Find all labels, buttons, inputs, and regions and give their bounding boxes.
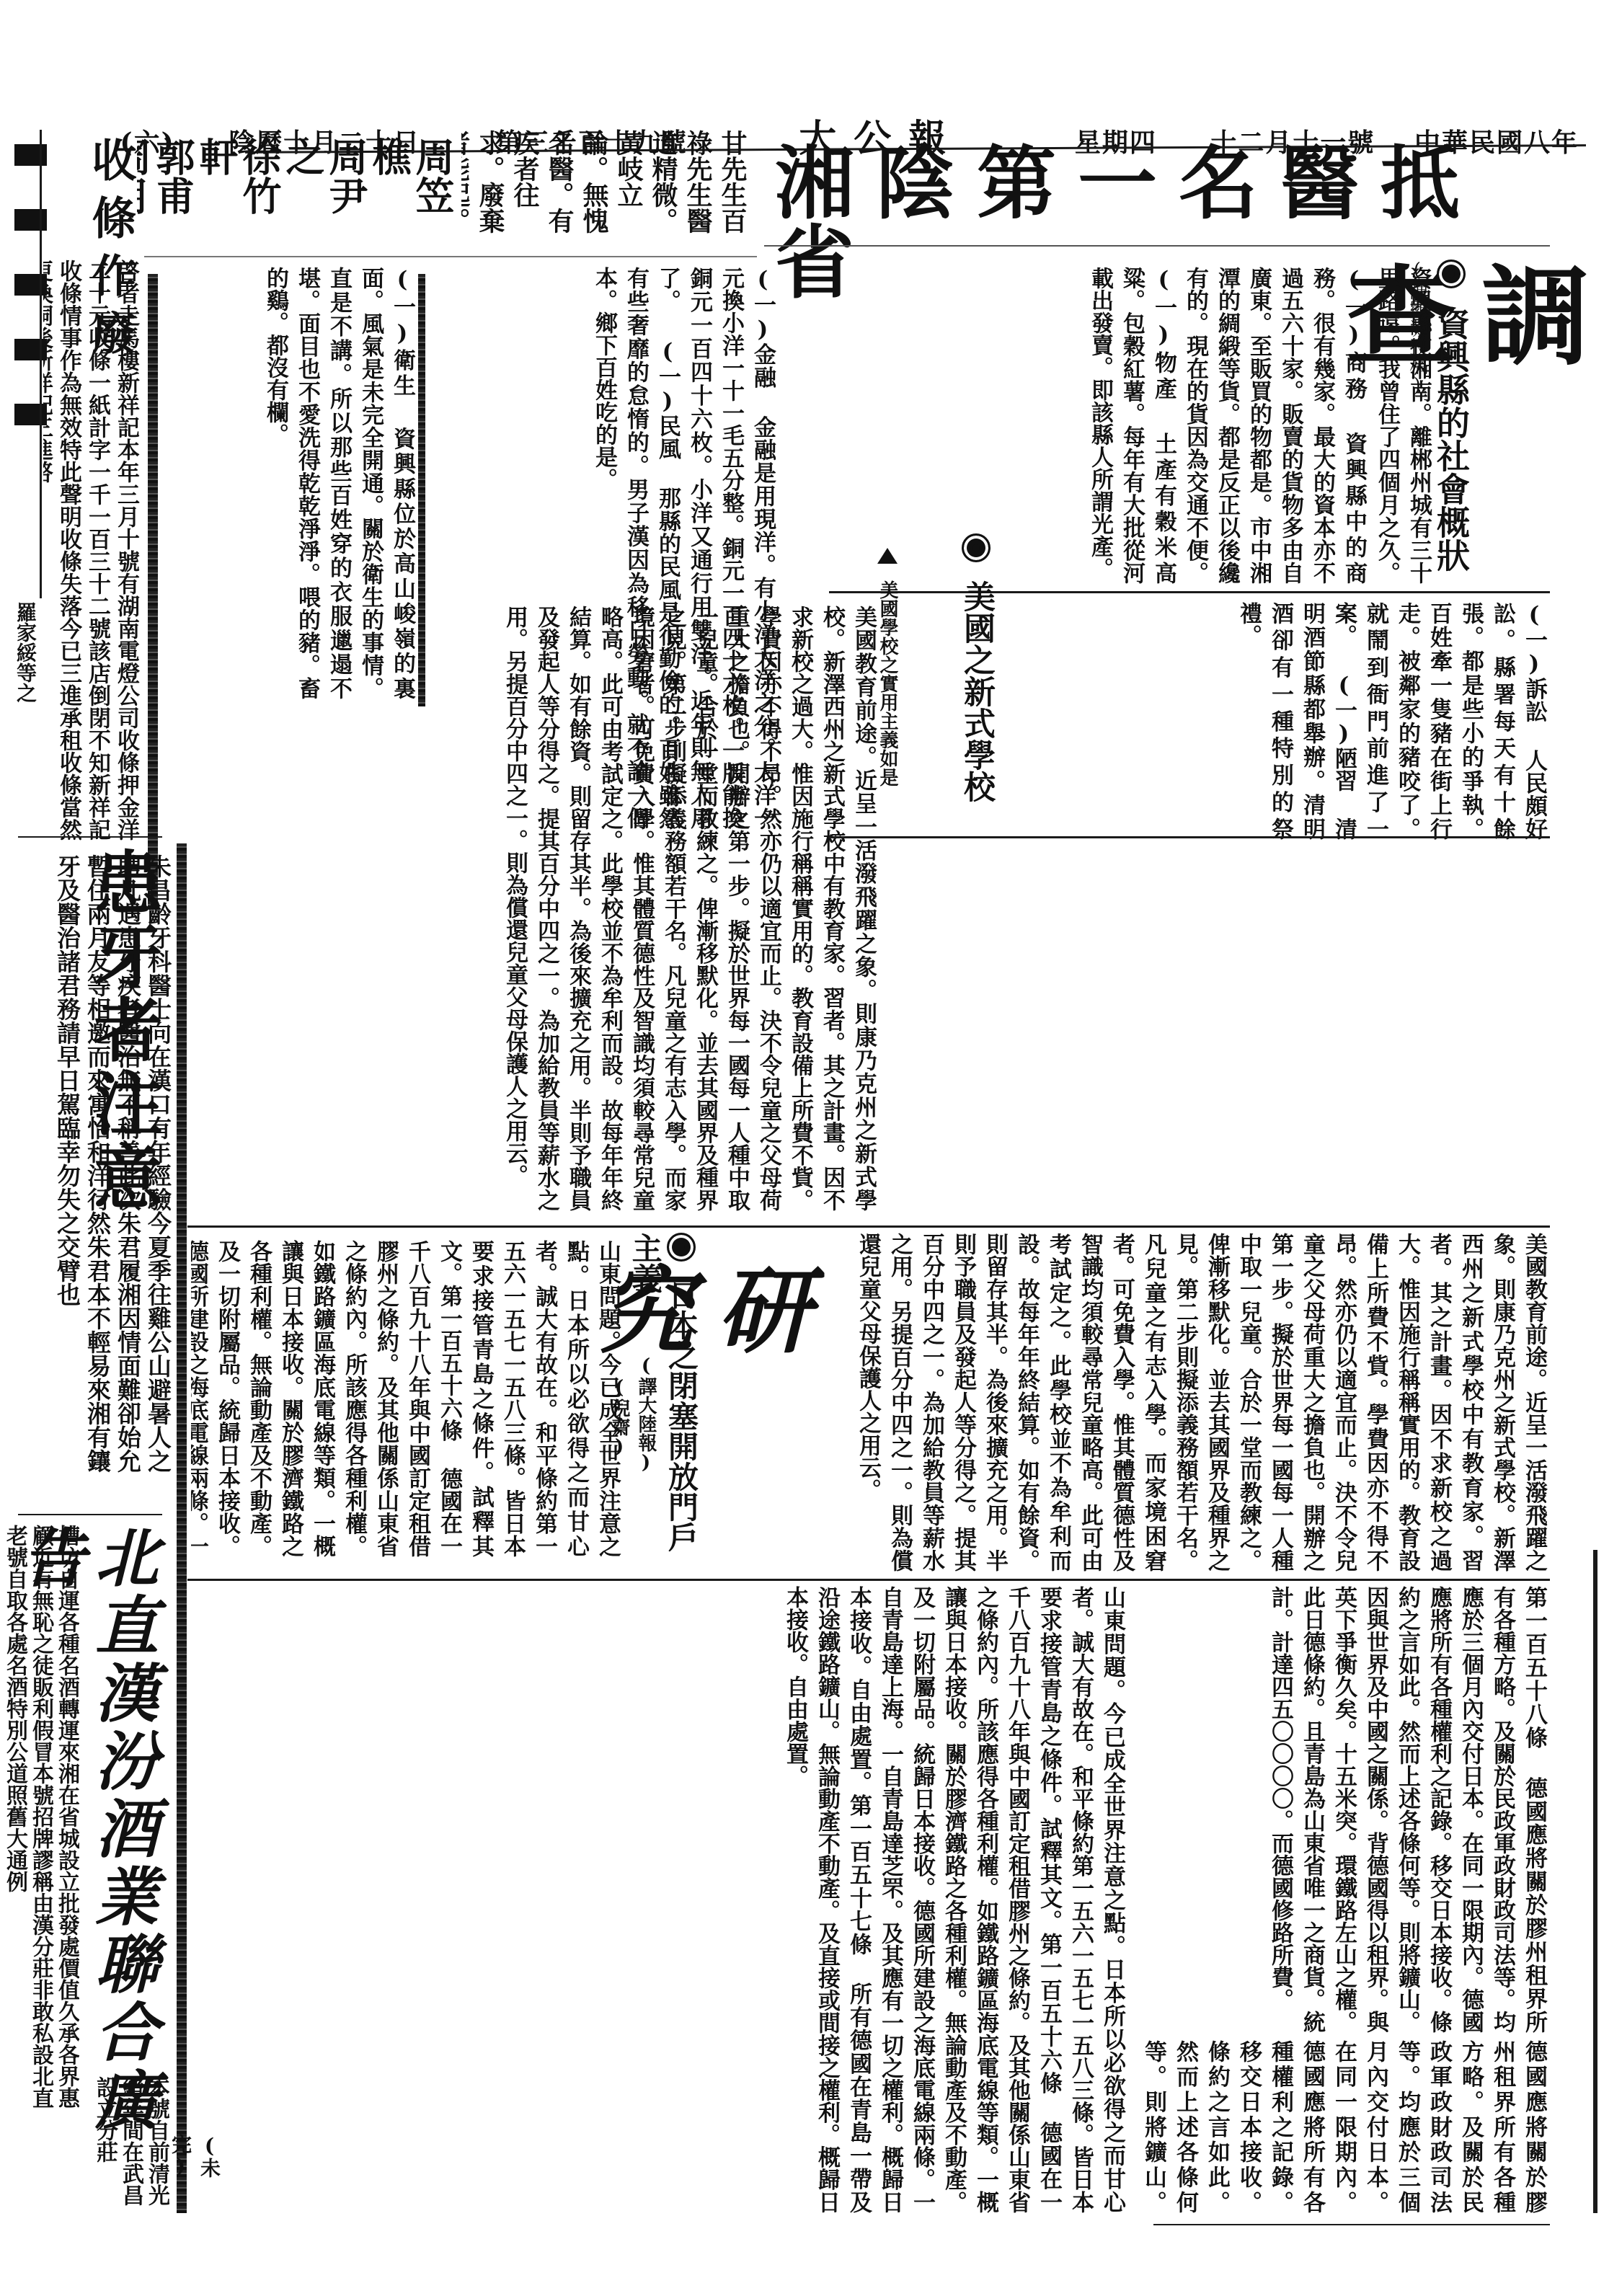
- liquor-top-rule: [18, 1514, 162, 1515]
- lower-body-right: 德國應將關於膠州租界所有各種方略。及關於民政軍政財政司法等。均應於三個月內交付日…: [1139, 2040, 1550, 2213]
- section-label-survey: 調查: [1471, 260, 1593, 606]
- subsection-label: (一)衛生: [389, 267, 415, 399]
- subsection-label: (一)訴訟: [1521, 602, 1547, 723]
- ad-dental-body: 朱昌齡牙科醫士向在漢口有年經驗今夏季往雞公山避暑人之聘凡遇患牙疾者醫治無不稱善此…: [0, 854, 173, 1489]
- us-school-subtitle: 美國學校之實用主義如是: [877, 580, 898, 786]
- to-be-continued: (未完): [195, 2134, 223, 2220]
- survey-lead: 資興縣在湘南。離郴州城有三十里路遠。我曾住了四個月之久。關於社會方面的概狀。也僅…: [1370, 267, 1435, 584]
- research-continued-body: 美國教育前途。近呈一活潑飛躍之象。則康乃克州之新式學校。新澤西州之新式學校中有教…: [829, 1233, 1550, 1572]
- triangle-icon: [877, 548, 898, 564]
- us-school-title: 美國之新式學校: [958, 580, 995, 802]
- survey-body-commerce: (一)商務 資興縣中的商務。很有幾家。最大的資本亦不過五六十家。販賣的貨物多由自…: [779, 267, 1370, 584]
- subsection-text: 資興縣中的商務。很有幾家。最大的資本亦不過五六十家。販賣的貨物多由自廣東。至販買…: [1182, 267, 1367, 584]
- us-school-title-block: 美國之新式學校: [894, 533, 995, 836]
- treaty-body: 第一百五十八條 德國應將關於膠州租界所有各種方略。及關於民政軍政財政司法等。均應…: [1139, 1586, 1550, 2033]
- treaty-heading: 第一百五十八條: [1521, 1586, 1547, 1750]
- japan-source: (譯大陸報): [635, 1355, 657, 1473]
- bullet-icon: [962, 533, 991, 562]
- dental-top-rule: [18, 836, 162, 838]
- subsection-label: (一)金融: [750, 267, 776, 389]
- survey-body-lawsuit: (一)訴訟 人民頗好訟。縣署每天有十餘張。都是些小的爭執。百姓牽一隻豬在街上行走…: [1125, 602, 1550, 840]
- introducer: 徐竹軒: [193, 137, 283, 215]
- lower-rule: [1153, 2224, 1550, 2225]
- introducer: 周笠樵: [366, 137, 454, 215]
- column-divider: [148, 274, 158, 908]
- left-edge-fragment: [14, 144, 47, 454]
- subsection-label: (一)陋習: [1331, 673, 1357, 792]
- section-label-research: 研究: [692, 1262, 815, 1550]
- ad-luo-title: 羅家綏等之: [14, 602, 37, 703]
- left-column-rule: [40, 130, 42, 598]
- headline-rule: [764, 245, 1550, 247]
- notice-rule: [144, 256, 757, 257]
- band-rule: [829, 836, 1550, 838]
- page-right-border: [1593, 1550, 1597, 2213]
- subsection-label: (一)民風: [655, 339, 681, 460]
- survey-article-title: 資興縣的社會概狀: [1432, 306, 1471, 572]
- lower-body-left: 山東問題。今已成全世界注意之點。日本所以必欲得之而甘心者。誠大有故在。和平條約第…: [191, 1586, 1128, 2213]
- ad-luo-notice: 羅家綏等之: [0, 602, 40, 861]
- subsection-text: 人民頗好訟。縣署每天有十餘張。都是些小的爭執。百姓牽一隻豬在街上行走。被鄰家的豬…: [1331, 602, 1547, 840]
- subsection-label: (一)物產: [1151, 267, 1176, 403]
- ad-receipt-body-text: 啓者走馬樓新祥記本年三月十號有湖南電燈公司收條押金洋二十元收條一紙計字一千一百三…: [43, 260, 141, 851]
- japan-body: 山東問題。今已成全世界注意之點。日本所以必欲得之而甘心者。誠大有故在。和平條約第…: [191, 1240, 624, 1557]
- ad-hospital-body: 本號自前清光緒年間在武昌設立分莊: [68, 2076, 169, 2220]
- japan-title-block: 日本之閉塞開放門戶主義: [656, 1233, 699, 1564]
- introducer: 郭甫: [150, 137, 196, 215]
- bullet-icon: [1437, 260, 1466, 288]
- subsection-label: (一)商務: [1341, 267, 1367, 403]
- band-rule: [187, 1579, 1550, 1581]
- treaty-text: 德國應將關於膠州租界所有各種方略。及關於民政軍政財政司法等。均應於三個月內交付日…: [1267, 1586, 1547, 2033]
- ad-liquor-body: 槽坊自運各種名酒轉運來湘在省城設立批發處價值久承各界惠顧近有無恥之徒販利假冒本號…: [0, 1525, 79, 2116]
- japan-byline: (譯大陸報) (倪齋): [631, 1355, 660, 1572]
- us-school-body: 美國教育前途。近呈一活潑飛躍之象。則康乃克州之新式學校。新澤西州之新式學校中有教…: [187, 606, 879, 1211]
- introducer: 周尹之: [280, 137, 369, 215]
- column-divider: [177, 843, 187, 2213]
- doctor-notice: 甘先生百祿先生醫道精微。黃岐立論。無愧名醫。有疾者往求。廢棄者能起。有年學醫。名…: [461, 130, 750, 252]
- introducer: 周月樓: [137, 137, 153, 215]
- band-rule: [187, 1225, 1550, 1228]
- introducer-list: 周笠樵 周尹之 徐竹軒 郭甫 周月樓 周鐵山 左紹雲 全啓: [137, 137, 454, 252]
- bullet-icon: [667, 1233, 696, 1262]
